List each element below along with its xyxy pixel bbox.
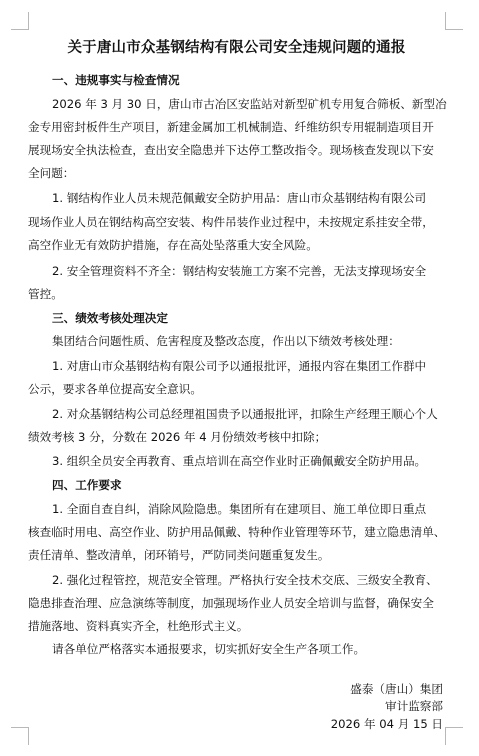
signature-org: 盛泰（唐山）集团 — [350, 681, 443, 697]
section1-para-line: 展现场安全执法检查，查出安全隐患并下达停工整改指令。现场核查发现以下安 — [28, 143, 434, 157]
section4-item-1-line: 核查临时用电、高空作业、防护用品佩戴、特种作业管理等环节，建立隐患清单、 — [28, 525, 445, 539]
section3-item-1-line: 公示，要求各单位提高安全意识。 — [28, 382, 202, 396]
section1-heading: 一、违规事实与检查情况 — [52, 73, 180, 87]
section3-item-2-line: 绩效考核 3 分，分数在 2026 年 4 月份绩效考核中扣除； — [28, 430, 326, 444]
section1-item-2-line: 管控。 — [28, 287, 63, 301]
page-corner-mark-top-left — [11, 12, 29, 30]
section1-para-line: 金专用密封板件生产项目，新建金属加工机械制造、纤维纺织专用辊制造项目开 — [28, 120, 434, 134]
signature-dept: 审计监察部 — [385, 698, 443, 714]
page-corner-mark-bottom-left — [11, 727, 29, 745]
page-corner-mark-bottom-right — [445, 727, 463, 745]
section1-para-line: 2026 年 3 月 30 日，唐山市古冶区安监站对新型矿机专用复合筛板、新型冶 — [52, 97, 447, 111]
section3-intro: 集团结合问题性质、危害程度及整改态度，作出以下绩效考核处理： — [52, 334, 400, 348]
section1-item-1-line: 高空作业无有效防护措施，存在高处坠落重大安全风险。 — [28, 238, 318, 252]
section1-item-2-line: 2. 安全管理资料不齐全：钢结构安装施工方案不完善，无法支撑现场安全 — [52, 264, 426, 278]
section1-para-line: 全问题： — [28, 166, 74, 180]
section1-item-1-line: 1. 钢结构作业人员未规范佩戴安全防护用品：唐山市众基钢结构有限公司 — [52, 191, 426, 205]
section3-heading: 三、绩效考核处理决定 — [52, 311, 168, 325]
section3-item-3-line: 3. 组织全员安全再教育、重点培训在高空作业时正确佩戴安全防护用品。 — [52, 454, 426, 468]
section3-item-2-line: 2. 对众基钢结构公司总经理祖国贵予以通报批评，扣除生产经理王顺心个人 — [52, 407, 438, 421]
section4-item-1-line: 1. 全面自查自纠，消除风险隐患。集团所有在建项目、施工单位即日重点 — [52, 502, 426, 516]
closing-paragraph: 请各单位严格落实本通报要求，切实抓好安全生产各项工作。 — [52, 642, 365, 656]
section4-item-2-line: 隐患排查治理、应急演练等制度，加强现场作业人员安全培训与监督，确保安全 — [28, 596, 434, 610]
section4-item-1-line: 责任清单、整改清单，闭环销号，严防同类问题重复发生。 — [28, 548, 329, 562]
page-corner-mark-top-right — [445, 12, 463, 30]
section4-item-2-line: 措施落地、资料真实齐全，杜绝形式主义。 — [28, 619, 248, 633]
section1-item-1-line: 现场作业人员在钢结构高空安装、构件吊装作业过程中，未按规定系挂安全带， — [28, 215, 434, 229]
section3-item-1-line: 1. 对唐山市众基钢结构有限公司予以通报批评，通报内容在集团工作群中 — [52, 359, 426, 373]
document-title: 关于唐山市众基钢结构有限公司安全违规问题的通报 — [28, 36, 445, 57]
signature-date: 2026 年 04 月 15 日 — [331, 716, 443, 732]
section4-item-2-line: 2. 强化过程管控，规范安全管理。严格执行安全技术交底、三级安全教育、 — [52, 573, 438, 587]
section4-heading: 四、工作要求 — [52, 478, 122, 492]
